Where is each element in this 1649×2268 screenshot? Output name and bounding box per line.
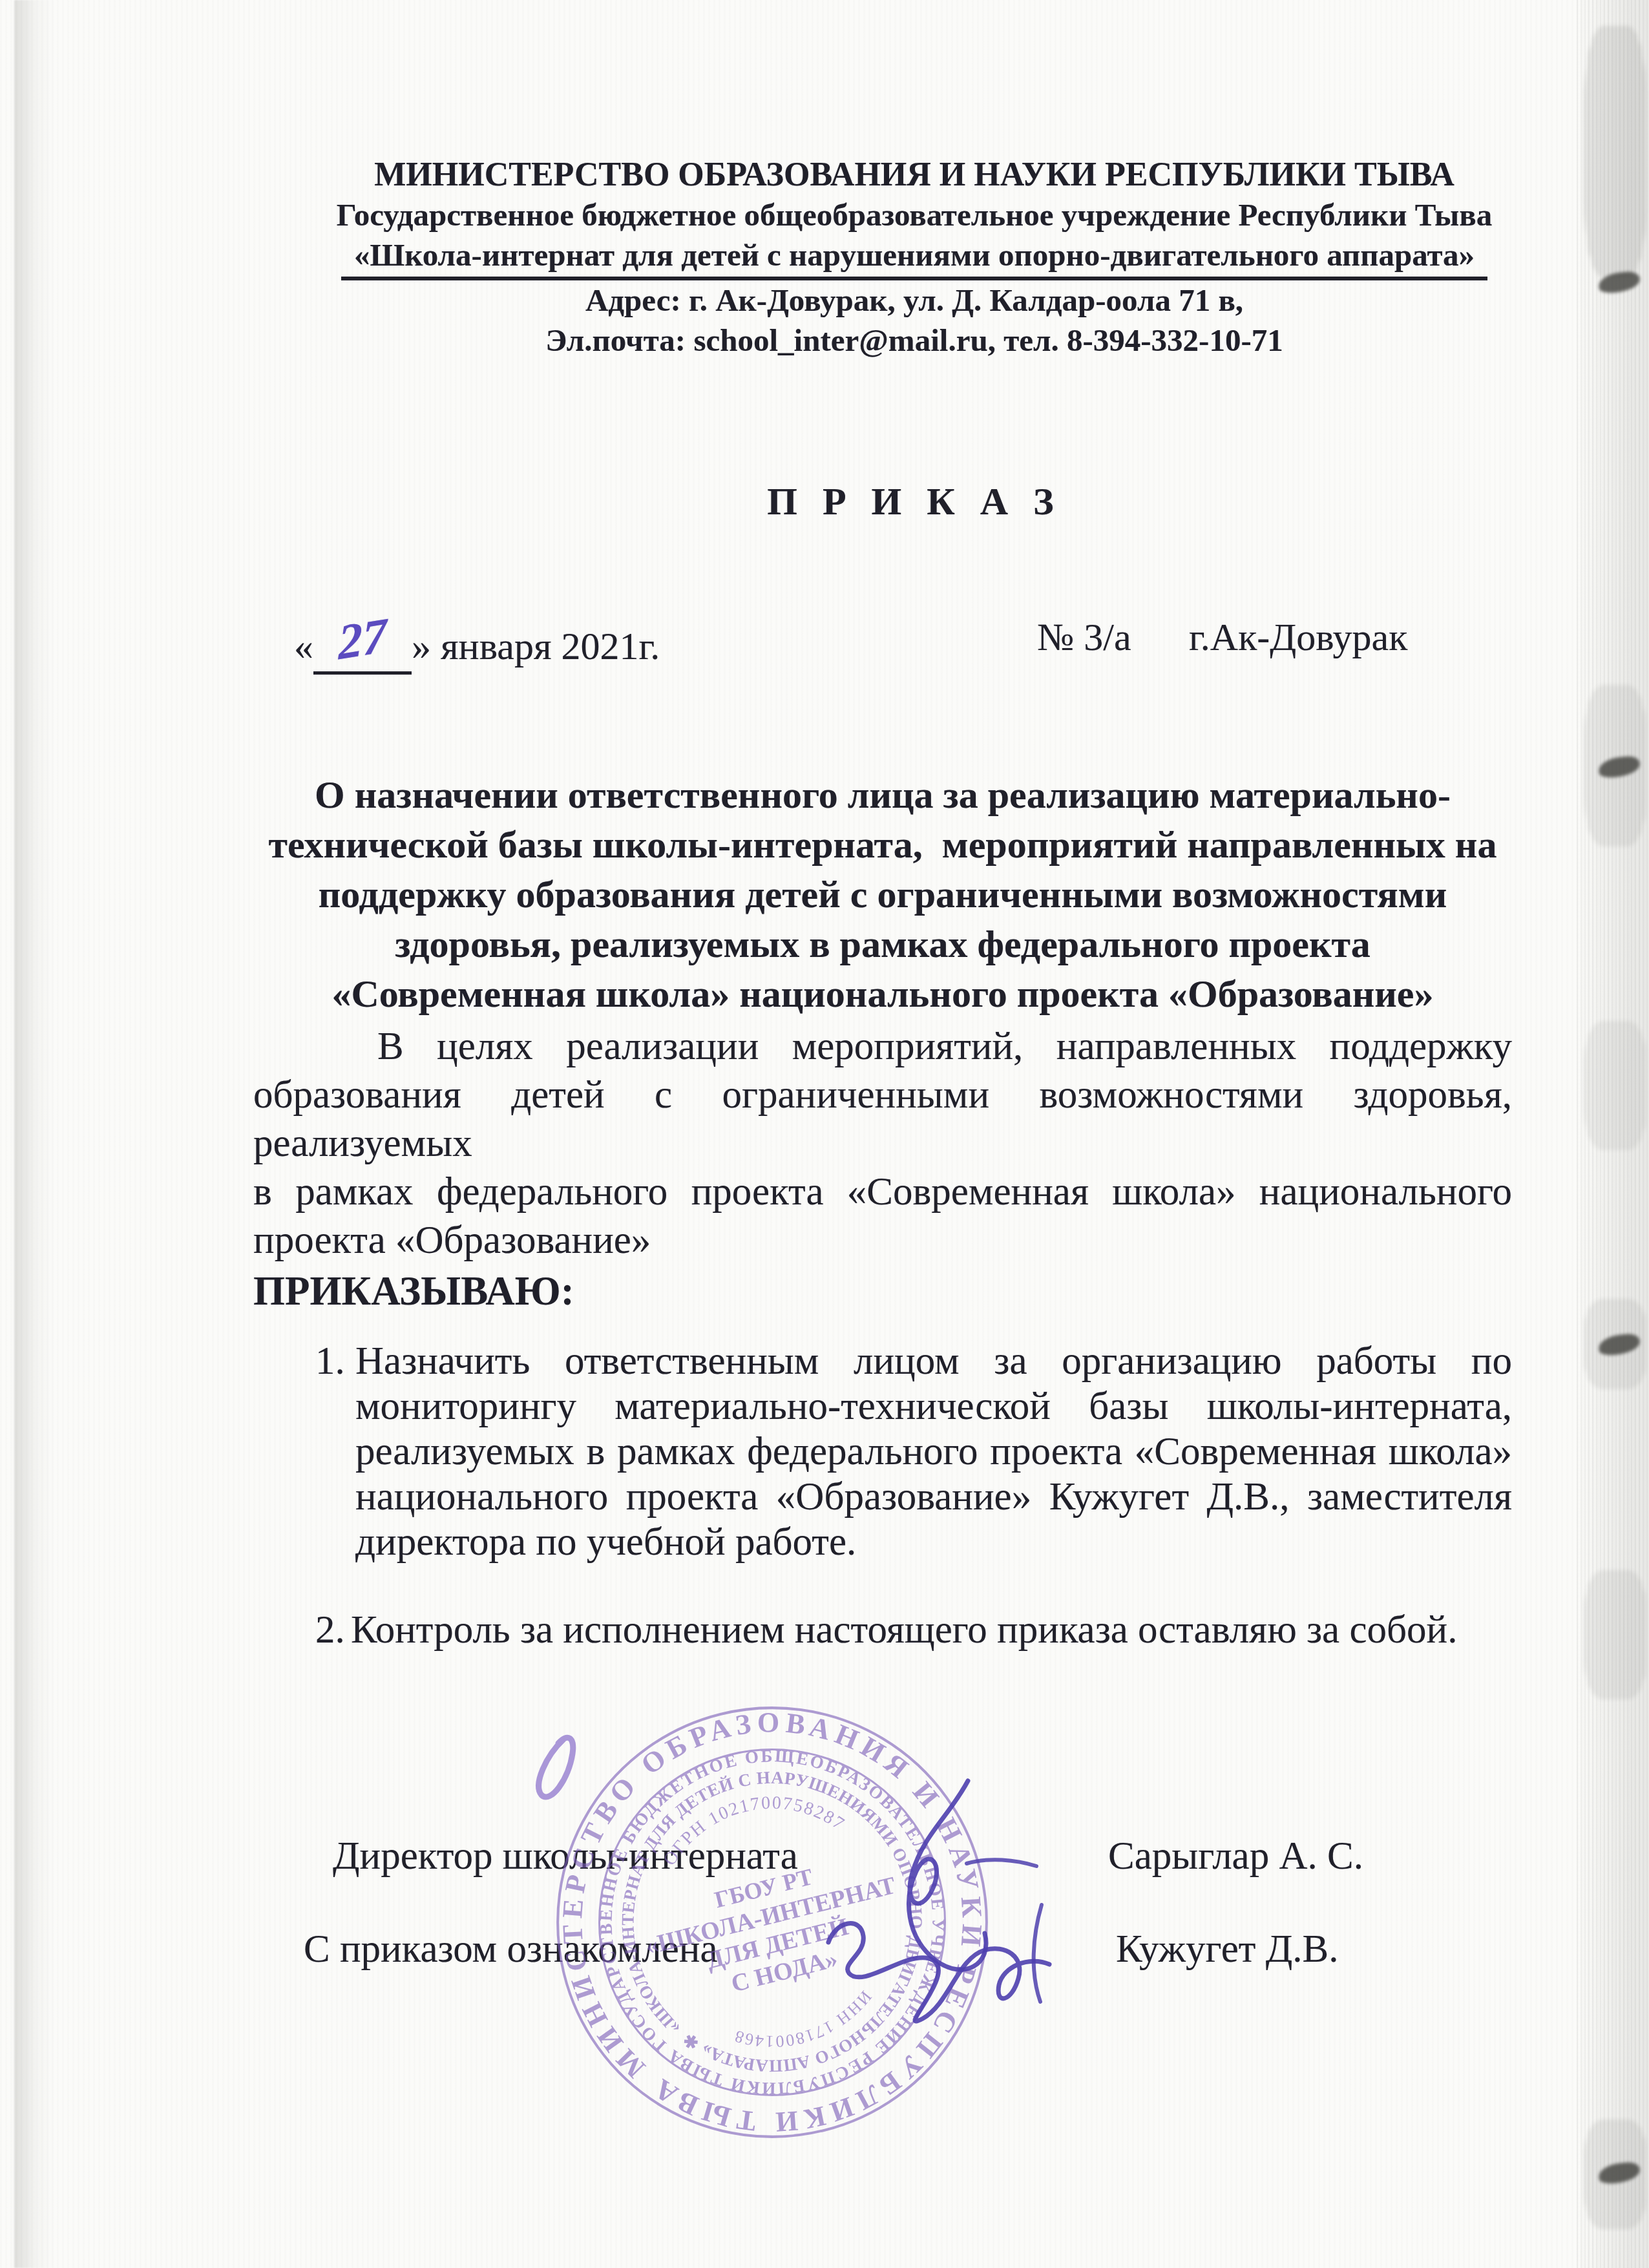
subject-line: О назначении ответственного лица за реал… [253,770,1512,820]
item-line: директора по учебной работе. [355,1520,1512,1565]
item-line: национального проекта «Образование» Кужу… [355,1475,1512,1520]
item-number: 1. [315,1339,345,1384]
subject-line: «Современная школа» национального проект… [253,969,1512,1019]
item-number: 2. [315,1608,345,1653]
order-item-2: 2. Контроль за исполнением настоящего пр… [253,1608,1512,1653]
ministry-name: МИНИСТЕРСТВО ОБРАЗОВАНИЯ И НАУКИ РЕСПУБЛ… [271,155,1557,195]
body-line: В целях реализации мероприятий, направле… [253,1022,1512,1071]
address-line: Адрес: г. Ак-Довурак, ул. Д. Калдар-оола… [271,280,1557,320]
school-name-underlined: «Школа-интернат для детей с нарушениями … [341,235,1487,280]
institution-name: Государственное бюджетное общеобразовате… [271,195,1557,235]
scanned-order-page: МИНИСТЕРСТВО ОБРАЗОВАНИЯ И НАУКИ РЕСПУБЛ… [0,0,1649,2268]
subject-line: здоровья, реализуемых в рамках федеральн… [253,919,1512,969]
item-line: Назначить ответственным лицом за организ… [355,1339,1512,1384]
handwritten-day: 27 [338,607,388,672]
signer-name: Кужугет Д.В. [1116,1927,1338,1972]
body-line: проекта «Образование» [253,1216,1512,1265]
preamble-paragraph: В целях реализации мероприятий, направле… [253,1022,1512,1265]
subject-line: технической базы школы-интерната, меропр… [253,820,1512,870]
signer-name: Сарыглар А. С. [1108,1834,1363,1879]
open-quote: « [294,625,313,667]
document-title: П Р И К А З [271,479,1557,524]
svg-text:ИНН 1718001468: ИНН 1718001468 [726,1985,882,2064]
item-line: Контроль за исполнением настоящего прика… [351,1608,1512,1653]
item-line: мониторингу материально-технической базы… [355,1384,1512,1429]
contact-line: Эл.почта: school_inter@mail.ru, тел. 8-3… [271,320,1557,361]
date-field: «27» января 2021г. [294,615,660,675]
official-round-stamp: МИНИСТЕРСТВО ОБРАЗОВАНИЯ И НАУКИ РЕСПУБЛ… [538,1688,1006,2156]
body-line: в рамках федерального проекта «Современн… [253,1168,1512,1216]
order-item-1: 1. Назначить ответственным лицом за орга… [253,1339,1512,1565]
letterhead: МИНИСТЕРСТВО ОБРАЗОВАНИЯ И НАУКИ РЕСПУБЛ… [271,155,1557,361]
day-slot: 27 [313,615,412,675]
date-rest: » января 2021г. [412,625,660,667]
decree-label: ПРИКАЗЫВАЮ: [253,1268,574,1315]
stamp-inn-text: ИНН 1718001468 [726,1985,882,2064]
order-number: № 3/а [1037,615,1131,660]
order-subject: О назначении ответственного лица за реал… [253,770,1512,1019]
item-line: реализуемых в рамках федерального проект… [355,1429,1512,1475]
body-line: образования детей с ограниченными возмож… [253,1071,1512,1168]
city: г.Ак-Довурак [1189,615,1407,660]
subject-line: поддержку образования детей с ограниченн… [253,870,1512,919]
